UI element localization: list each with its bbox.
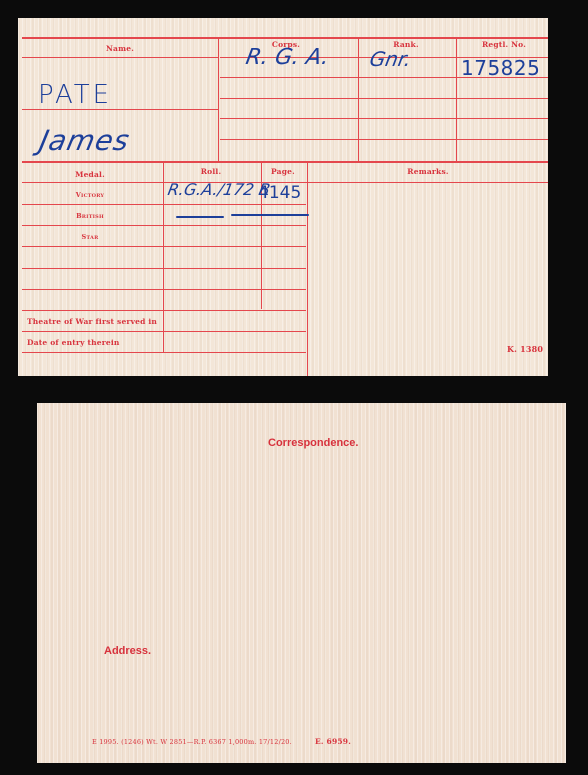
main-divider — [22, 161, 548, 163]
forename-handwritten: James — [36, 124, 133, 157]
printer-footer: E 1995. (1246) Wt. W 2851—R.P. 6367 1,00… — [92, 738, 292, 746]
medal-star: Star — [82, 233, 99, 241]
page-handwritten: 4145 — [258, 183, 301, 203]
name-header: Name. — [106, 44, 134, 53]
regtl-no-handwritten: 175825 — [461, 56, 540, 80]
rule — [22, 331, 306, 332]
corps-handwritten: R. G. A. — [244, 45, 331, 70]
date-entry-label: Date of entry therein — [27, 338, 120, 347]
remarks-header: Remarks. — [407, 167, 448, 176]
rule-v — [218, 38, 219, 161]
rule — [22, 352, 306, 353]
rank-handwritten: Gnr. — [368, 47, 413, 71]
roll-handwritten: R.G.A./172 B — [166, 180, 271, 199]
ink-underline — [176, 216, 224, 218]
footer-code: E. 6959. — [315, 737, 351, 746]
medal-index-card-front: Name. Corps. Rank. Regtl. No. Medal. Rol… — [18, 18, 548, 376]
top-rule — [22, 37, 548, 39]
rule — [22, 310, 306, 311]
rule-v — [358, 38, 359, 161]
rule-v — [307, 162, 308, 376]
rule — [220, 118, 548, 119]
regtl-no-header: Regtl. No. — [482, 40, 526, 49]
rule — [22, 289, 306, 290]
rule — [22, 225, 306, 226]
rule — [220, 98, 548, 99]
ink-underline — [231, 214, 309, 216]
medal-header: Medal. — [75, 170, 105, 179]
rule — [22, 57, 218, 58]
rule — [220, 139, 548, 140]
page-header: Page. — [271, 167, 295, 176]
rule — [22, 246, 306, 247]
address-label: Address. — [104, 645, 151, 657]
rule — [22, 268, 306, 269]
theatre-label: Theatre of War first served in — [27, 317, 157, 326]
rule-v — [163, 162, 164, 352]
medal-victory: Victory — [76, 191, 104, 199]
surname-handwritten: PATE — [38, 80, 112, 110]
correspondence-label: Correspondence. — [268, 437, 358, 449]
roll-header: Roll. — [201, 167, 222, 176]
rule-v — [456, 38, 457, 161]
medal-british: British — [76, 212, 104, 220]
medal-index-card-back: Correspondence. Address. E 1995. (1246) … — [37, 403, 566, 763]
form-code: K. 1380 — [507, 344, 543, 354]
rule — [22, 204, 306, 205]
